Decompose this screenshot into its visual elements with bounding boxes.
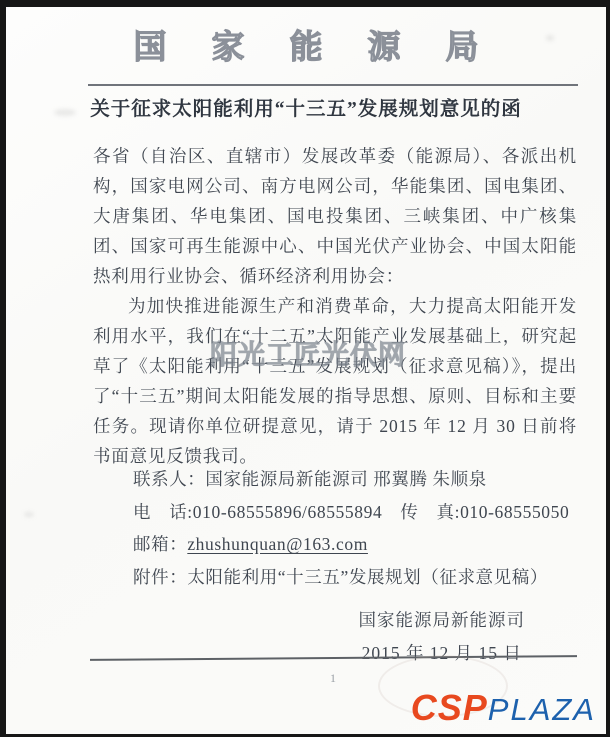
contact-email-row: 邮箱：zhushunquan@163.com bbox=[133, 528, 583, 561]
logo-csp-text: CSP bbox=[411, 687, 488, 728]
signature-department: 国家能源局新能源司 bbox=[359, 604, 526, 637]
contact-block: 联系人：国家能源局新能源司 邢翼腾 朱顺泉 电 话:010-68555896/6… bbox=[133, 463, 583, 593]
attachment-row: 附件：太阳能利用“十三五”发展规划（征求意见稿） bbox=[133, 561, 583, 594]
document-title: 关于征求太阳能利用“十三五”发展规划意见的函 bbox=[6, 93, 606, 121]
scan-smudge bbox=[54, 109, 76, 116]
page-number: 1 bbox=[330, 671, 336, 686]
letterhead-agency-name: 国家能源局 bbox=[6, 21, 606, 68]
contact-person-label: 联系人： bbox=[133, 469, 205, 489]
phone-label: 电 话: bbox=[133, 502, 193, 522]
body-paragraph: 为加快推进能源生产和消费革命，大力提高太阳能开发利用水平，我们在“十二五”太阳能… bbox=[93, 291, 577, 471]
email-label: 邮箱： bbox=[133, 534, 187, 554]
attachment-label: 附件： bbox=[133, 567, 187, 587]
logo-plaza-text: PLAZA bbox=[488, 692, 596, 727]
scan-smudge bbox=[546, 35, 554, 41]
recipients-paragraph: 各省（自治区、直辖市）发展改革委（能源局）、各派出机构，国家电网公司、南方电网公… bbox=[93, 141, 577, 291]
contact-person-row: 联系人：国家能源局新能源司 邢翼腾 朱顺泉 bbox=[133, 463, 583, 496]
document-body: 各省（自治区、直辖市）发展改革委（能源局）、各派出机构，国家电网公司、南方电网公… bbox=[93, 141, 577, 471]
email-value: zhushunquan@163.com bbox=[187, 534, 368, 554]
document-sheet: 国家能源局 关于征求太阳能利用“十三五”发展规划意见的函 各省（自治区、直辖市）… bbox=[6, 7, 606, 734]
watermark-text: 阳光工匠光伏网 bbox=[210, 333, 406, 372]
attachment-value: 太阳能利用“十三五”发展规划（征求意见稿） bbox=[187, 567, 548, 587]
letterhead-divider bbox=[88, 84, 578, 86]
cspplaza-logo: CSPPLAZA bbox=[411, 690, 596, 734]
scanned-document: 国家能源局 关于征求太阳能利用“十三五”发展规划意见的函 各省（自治区、直辖市）… bbox=[0, 0, 610, 737]
fax-label: 传 真: bbox=[400, 502, 460, 522]
scan-smudge bbox=[24, 512, 34, 517]
phone-value: 010-68555896/68555894 bbox=[193, 502, 383, 522]
contact-person-value: 国家能源局新能源司 邢翼腾 朱顺泉 bbox=[205, 469, 486, 489]
fax-value: 010-68555050 bbox=[460, 502, 569, 522]
contact-phone-fax-row: 电 话:010-68555896/68555894传 真:010-6855505… bbox=[133, 496, 583, 529]
